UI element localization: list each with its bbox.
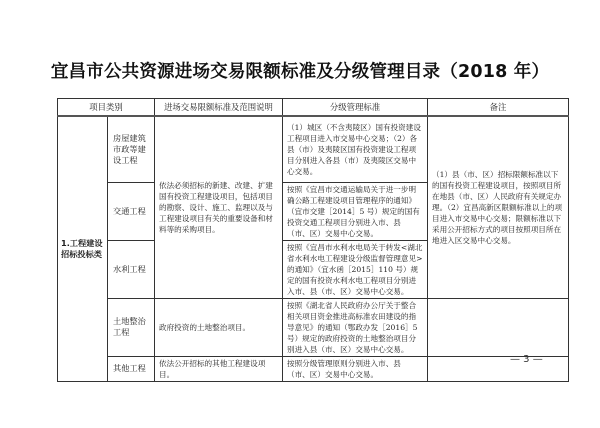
management-cell: 按照分级管理原则分别进入市、县（市、区）交易中心交易。 xyxy=(283,356,428,381)
management-cell: （1）城区（不含夷陵区）国有投资建设工程项目进入市交易中心交易；（2）各县（市）… xyxy=(283,116,428,182)
notes-cell: （1）县（市、区）招标限额标准以下的国有投资工程建设项目，按照项目所在地县（市、… xyxy=(428,116,569,298)
page-title: 宜昌市公共资源进场交易限额标准及分级管理目录（2018 年） xyxy=(0,58,600,83)
subcategory-cell: 其他工程 xyxy=(108,356,155,381)
subcategory-cell: 交通工程 xyxy=(108,182,155,240)
management-cell: 按照《宜昌市交通运输局关于进一步明确公路工程建设项目管理程序的通知》（宜市交建［… xyxy=(283,182,428,240)
standard-cell: 政府投资的土地整治项目。 xyxy=(155,298,283,356)
notes-cell-empty xyxy=(428,298,569,356)
header-category: 项目类别 xyxy=(58,99,155,117)
header-management: 分级管理标准 xyxy=(283,99,428,117)
catalog-table: 项目类别 进场交易限额标准及范围说明 分级管理标准 备注 1.工程建设招标投标类… xyxy=(57,98,569,382)
header-notes: 备注 xyxy=(428,99,569,117)
notes-cell-empty xyxy=(428,356,569,381)
table-row: 1.工程建设招标投标类 房屋建筑市政等建设工程 依法必须招标的新建、改建、扩建国… xyxy=(58,116,569,182)
management-cell: 按照《宜昌市水利水电局关于转发<湖北省水利水电工程建设分级监督管理意见>的通知》… xyxy=(283,240,428,298)
header-standard: 进场交易限额标准及范围说明 xyxy=(155,99,283,117)
table-row: 土地整治工程 政府投资的土地整治项目。 按照《湖北省人民政府办公厅关于整合相关项… xyxy=(58,298,569,356)
subcategory-cell: 水利工程 xyxy=(108,240,155,298)
management-cell: 按照《湖北省人民政府办公厅关于整合相关项目资金推进高标准农田建设的指导意见》的通… xyxy=(283,298,428,356)
standard-cell-shared: 依法必须招标的新建、改建、扩建国有投资工程建设项目，包括项目的勘察、设计、施工、… xyxy=(155,116,283,298)
table-row: 其他工程 依法公开招标的其他工程建设项目。 按照分级管理原则分别进入市、县（市、… xyxy=(58,356,569,381)
subcategory-cell: 房屋建筑市政等建设工程 xyxy=(108,116,155,182)
subcategory-cell: 土地整治工程 xyxy=(108,298,155,356)
page-number: — 3 — xyxy=(510,354,543,365)
standard-cell: 依法公开招标的其他工程建设项目。 xyxy=(155,356,283,381)
table-header-row: 项目类别 进场交易限额标准及范围说明 分级管理标准 备注 xyxy=(58,99,569,117)
category-cell: 1.工程建设招标投标类 xyxy=(58,116,108,381)
